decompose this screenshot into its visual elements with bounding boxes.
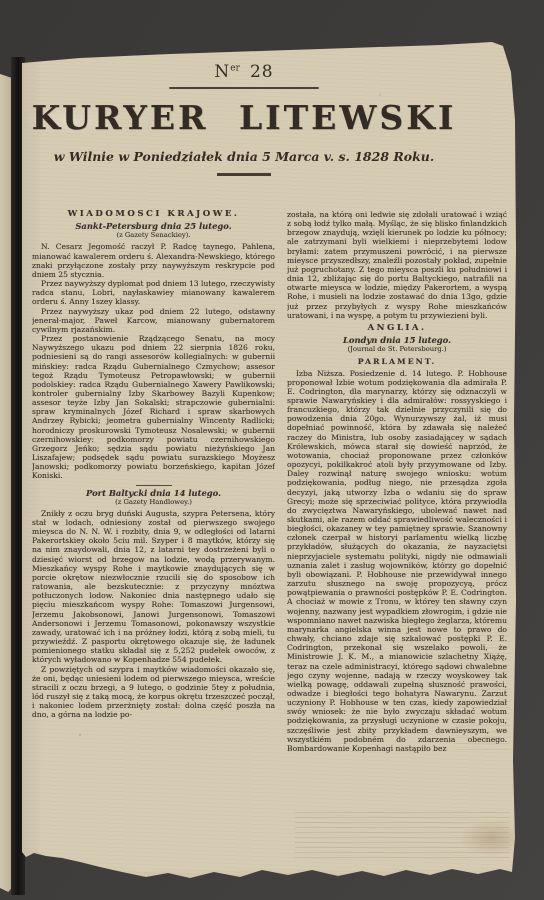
article-paragraph: Przez naywyższy dyplomat pod dniem 13 lu… bbox=[32, 279, 275, 306]
issue-line: Ner28 bbox=[26, 62, 462, 82]
article-heading-london: Londyn dnia 15 lutego. bbox=[287, 336, 507, 345]
article-paragraph: Przez naywyższy ukaz pod dniem 22 lutego… bbox=[32, 307, 275, 334]
section-heading-england: ANGLIA. bbox=[287, 324, 507, 333]
dateline: w Wilnie w Poniedziałek dnia 5 Marca v. … bbox=[26, 149, 462, 164]
dateline-rule bbox=[217, 173, 271, 176]
article-heading-port-baltycki: Port Baltycki dnia 14 lutego. bbox=[32, 489, 275, 498]
article-paragraph: Znikły z oczu bryg duński Augusta, szypr… bbox=[32, 509, 275, 665]
reverse-side-print-bleed bbox=[295, 812, 509, 858]
article-paragraph: N. Cesarz Jegomość raczył P. Radcę tayne… bbox=[32, 242, 275, 279]
article-source-petersburg: (z Gazety Senackiey). bbox=[32, 231, 275, 240]
article-divider-rule bbox=[136, 485, 172, 486]
article-source-london: (Journal de St. Petersbourg.) bbox=[287, 345, 507, 354]
article-paragraph: Z powziętych od szypra i maytków wiadomo… bbox=[32, 665, 275, 720]
masthead-rule bbox=[169, 87, 319, 89]
masthead: Ner28 KURYER LITEWSKI w Wilnie w Poniedz… bbox=[26, 62, 462, 176]
left-column: WIADOMOŚCI KRAJOWE. Sankt-Petersburg dni… bbox=[32, 210, 275, 810]
article-heading-petersburg: Sankt-Petersburg dnia 25 lutego. bbox=[32, 222, 275, 231]
section-heading-domestic-news: WIADOMOŚCI KRAJOWE. bbox=[32, 210, 275, 219]
reverse-side-print-bleed bbox=[455, 620, 510, 750]
subsection-heading-parliament: PARLAMENT. bbox=[287, 357, 507, 366]
issue-superscript: er bbox=[230, 63, 240, 73]
newspaper-page: Ner28 KURYER LITEWSKI w Wilnie w Poniedz… bbox=[0, 0, 544, 900]
article-source-port-baltycki: (z Gazety Handlowey.) bbox=[32, 498, 275, 507]
article-paragraph: Przez postanowienie Rządzącego Senatu, n… bbox=[32, 334, 275, 481]
newspaper-title: KURYER LITEWSKI bbox=[26, 98, 462, 137]
continuation-paragraph: została, na którą oni ledwie się zdołali… bbox=[287, 210, 507, 320]
scan-background: Ner28 KURYER LITEWSKI w Wilnie w Poniedz… bbox=[0, 0, 544, 900]
issue-number: 28 bbox=[250, 62, 274, 82]
issue-prefix: N bbox=[214, 62, 230, 82]
